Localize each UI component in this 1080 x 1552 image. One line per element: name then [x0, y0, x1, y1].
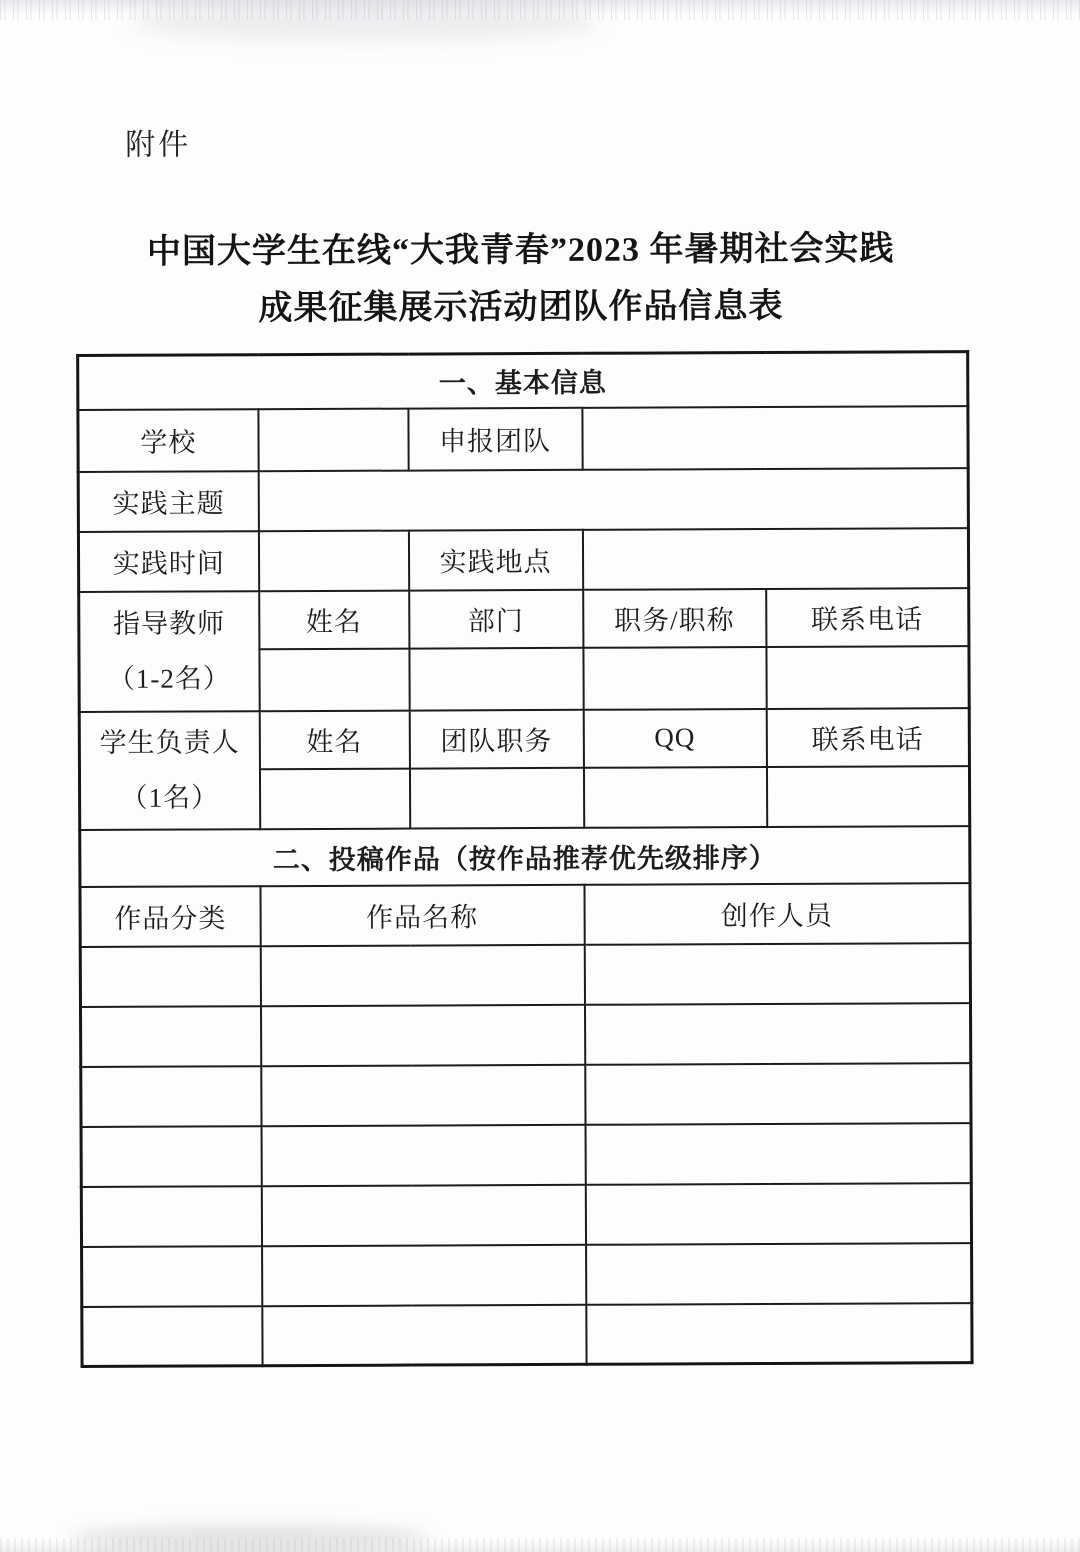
teacher-label-line2: （1-2名）: [80, 651, 258, 707]
student-leader-label-line1: 学生负责人: [81, 715, 259, 771]
team-value-cell: [582, 406, 968, 470]
work-name-cell: [261, 1184, 585, 1245]
work-creators-cell: [584, 943, 970, 1005]
student-team-role-cell: [409, 767, 583, 828]
teacher-label: 指导教师 （1-2名）: [79, 591, 260, 712]
work-category-cell: [81, 1066, 261, 1127]
work-category-header: 作品分类: [80, 886, 260, 947]
student-qq-header: QQ: [583, 709, 766, 768]
work-name-cell: [260, 1004, 584, 1065]
work-category-cell: [82, 1246, 262, 1307]
teacher-department-cell: [409, 647, 583, 710]
work-category-cell: [82, 1306, 262, 1367]
time-location-row: 实践时间 实践地点: [78, 528, 968, 592]
teacher-phone-cell: [766, 646, 969, 709]
work-name-cell: [262, 1244, 586, 1305]
work-category-cell: [80, 946, 260, 1007]
theme-label: 实践主题: [78, 471, 258, 532]
works-column-header-row: 作品分类 作品名称 创作人员: [80, 883, 970, 947]
teacher-department-header: 部门: [409, 589, 583, 648]
time-value-cell: [258, 530, 408, 591]
school-team-row: 学校 申报团队: [78, 406, 968, 472]
work-name-cell: [260, 944, 584, 1005]
section1-header-row: 一、基本信息: [78, 352, 968, 410]
student-leader-label-line2: （1名）: [81, 770, 259, 826]
attachment-label: 附件: [125, 120, 191, 164]
work-creators-cell: [585, 1123, 971, 1185]
teacher-phone-header: 联系电话: [766, 588, 969, 647]
work-creators-cell: [585, 1183, 971, 1245]
student-qq-cell: [583, 767, 766, 828]
school-label: 学校: [78, 409, 258, 472]
work-creators-cell: [584, 1003, 970, 1065]
document-title-line1: 中国大学生在线“大我青春”2023 年暑期社会实践: [36, 220, 1006, 281]
work-creators-cell: [586, 1303, 972, 1365]
work-row: [80, 943, 970, 1007]
work-category-cell: [81, 1006, 261, 1067]
document-title-line2: 成果征集展示活动团队作品信息表: [36, 277, 1006, 338]
teacher-position-cell: [583, 647, 766, 710]
section1-header: 一、基本信息: [78, 352, 968, 410]
theme-row: 实践主题: [78, 468, 968, 532]
section2-header-row: 二、投稿作品（按作品推荐优先级排序）: [80, 826, 970, 887]
student-name-header: 姓名: [259, 710, 409, 769]
work-row: [81, 1003, 971, 1067]
teacher-position-header: 职务/职称: [583, 589, 766, 648]
work-row: [81, 1123, 971, 1187]
team-label: 申报团队: [408, 407, 582, 470]
work-category-cell: [81, 1126, 261, 1187]
work-row: [81, 1183, 971, 1247]
student-team-role-header: 团队职务: [409, 709, 583, 768]
location-label: 实践地点: [408, 529, 582, 590]
scanner-smudge-bottom-left: [70, 1524, 430, 1550]
teacher-name-cell: [259, 648, 409, 711]
location-value-cell: [582, 528, 968, 590]
document-title: 中国大学生在线“大我青春”2023 年暑期社会实践 成果征集展示活动团队作品信息…: [36, 220, 1006, 338]
work-row: [81, 1063, 971, 1127]
work-name-cell: [262, 1304, 586, 1365]
section2-header: 二、投稿作品（按作品推荐优先级排序）: [80, 826, 970, 887]
work-category-cell: [81, 1186, 261, 1247]
student-phone-cell: [766, 766, 969, 827]
student-phone-header: 联系电话: [766, 708, 969, 767]
teacher-name-header: 姓名: [259, 590, 409, 649]
work-name-cell: [261, 1124, 585, 1185]
work-creators-cell: [586, 1243, 972, 1305]
work-name-header: 作品名称: [260, 884, 584, 945]
theme-value-cell: [258, 468, 968, 531]
work-row: [82, 1303, 972, 1367]
student-name-cell: [259, 768, 409, 829]
team-info-form-table: 一、基本信息 学校 申报团队 实践主题 实践时间 实践地点 指导教师: [76, 350, 973, 1368]
work-row: [82, 1243, 972, 1307]
work-creators-header: 创作人员: [584, 883, 970, 945]
work-creators-cell: [585, 1063, 971, 1125]
time-label: 实践时间: [78, 531, 258, 592]
teacher-label-line1: 指导教师: [80, 596, 258, 652]
teacher-header-row: 指导教师 （1-2名） 姓名 部门 职务/职称 联系电话: [79, 588, 969, 650]
work-rows: [80, 943, 972, 1367]
student-leader-label: 学生负责人 （1名）: [79, 711, 260, 830]
work-name-cell: [261, 1064, 585, 1125]
school-value-cell: [258, 408, 408, 471]
scanned-sheet: 附件 中国大学生在线“大我青春”2023 年暑期社会实践 成果征集展示活动团队作…: [0, 0, 1080, 1552]
student-header-row: 学生负责人 （1名） 姓名 团队职务 QQ 联系电话: [79, 708, 969, 770]
